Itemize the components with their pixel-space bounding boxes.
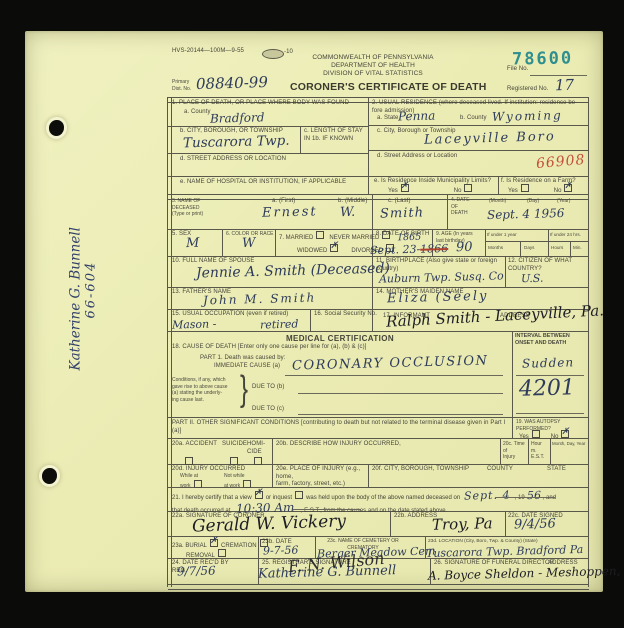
field-4-month-label: (Month) xyxy=(489,198,506,205)
field-1a-label: a. County xyxy=(184,109,211,117)
field-13-value: John M. Smith xyxy=(203,291,317,308)
not-while-at-work-checkbox xyxy=(243,480,251,488)
field-23a-row1: 23a. BURIAL ✗ CREMATION xyxy=(172,539,271,549)
field-1a-value: Bradford xyxy=(210,110,265,125)
field-23a-row2: REMOVAL xyxy=(186,549,229,559)
field-5-value: M xyxy=(186,236,200,251)
grid-line xyxy=(168,536,589,537)
field-12-label: 12. CITIZEN OF WHAT COUNTRY? xyxy=(508,258,572,273)
field-16-label: 16. Social Security No. xyxy=(314,311,377,319)
field-3c-label: c. (Last) xyxy=(388,198,411,206)
grid-line xyxy=(168,153,368,154)
grid-line xyxy=(512,331,513,438)
while-at-work-checkbox xyxy=(194,480,202,488)
year-prefix-text: , 19 xyxy=(515,495,525,501)
yes-label: Yes xyxy=(508,188,518,194)
field-15-value1: Mason - xyxy=(172,317,217,331)
field-20a-accident-label: 20a. ACCIDENT xyxy=(172,441,217,449)
rule-line xyxy=(298,414,503,415)
grid-line xyxy=(588,97,589,587)
birthdate-struck-year: 1866 xyxy=(420,242,448,256)
grid-line xyxy=(168,194,589,200)
certificate-title: CORONER'S CERTIFICATE OF DEATH xyxy=(290,81,487,94)
grid-line xyxy=(498,176,499,195)
part1-label: PART 1. Death was caused by: xyxy=(200,355,286,363)
field-23b-value: 9-7-56 xyxy=(263,544,299,558)
yes-checkbox xyxy=(532,430,540,438)
homicide-checkbox xyxy=(254,457,262,465)
inquest-checkbox xyxy=(295,491,303,499)
married-label: 7. MARRIED xyxy=(279,235,313,241)
field-12-value: U.S. xyxy=(521,272,544,286)
and-text: , and xyxy=(543,495,556,501)
yes-checkbox xyxy=(521,184,529,192)
field-6-value: W xyxy=(242,236,256,251)
due-to-b-label: DUE TO (b) xyxy=(252,384,284,392)
removal-label: REMOVAL xyxy=(186,553,215,559)
days-label: Days xyxy=(524,245,534,251)
grid-line xyxy=(570,241,571,256)
field-3a-value: Ernest xyxy=(262,204,318,220)
rule-line xyxy=(298,393,503,394)
not-while-at-work-text: Not while at work xyxy=(224,473,245,489)
married-checkbox xyxy=(316,231,324,239)
grid-line xyxy=(168,584,589,590)
file-number-stamp: 78600 xyxy=(512,48,574,69)
field-2b-label: b. County xyxy=(460,115,487,123)
no-checkbox: ✗ xyxy=(561,430,569,438)
field-4-value: Sept. 4 1956 xyxy=(487,206,565,222)
medical-certification-title: MEDICAL CERTIFICATION xyxy=(270,334,410,344)
field-22c-value: 9/4/56 xyxy=(514,516,556,532)
field-22b-label: 22b. ADDRESS xyxy=(394,513,437,521)
widowed-label: WIDOWED xyxy=(297,248,327,254)
field-2f-options: Yes No ✗ xyxy=(508,184,575,194)
months-label: Months xyxy=(488,245,503,251)
agency-heading: COMMONWEALTH OF PENNSYLVANIA DEPARTMENT … xyxy=(263,54,483,78)
min-label: Min. xyxy=(573,245,582,251)
grid-line xyxy=(168,417,589,418)
field-20a-suicide-label: SUICIDE xyxy=(222,441,247,449)
field-8-value: Sept. 23-1866 xyxy=(370,242,449,257)
rule-line xyxy=(516,413,584,414)
under-24-hrs-label: If under 24 hrs. xyxy=(550,232,581,238)
check-mark: ✗ xyxy=(330,242,338,251)
grid-line xyxy=(168,229,589,230)
field-3c-value: Smith xyxy=(380,205,424,221)
while-at-work-label: While at work xyxy=(180,473,205,489)
conditions-brace: } xyxy=(240,369,248,411)
view-checkbox: ✗ xyxy=(255,491,263,499)
grid-line xyxy=(368,150,588,151)
no-label: No xyxy=(551,434,559,440)
field-20b-label: 20b. DESCRIBE HOW INJURY OCCURRED, xyxy=(276,441,401,449)
conditions-note: Conditions, if any, which gave rise to a… xyxy=(172,377,228,403)
grid-line xyxy=(368,125,588,126)
field-9-value: 90 xyxy=(456,240,473,255)
no-label: No xyxy=(554,188,562,194)
no-label: No xyxy=(454,188,462,194)
field-2d-label: d. Street Address or Location xyxy=(377,153,457,161)
registered-no-label: Registered No. xyxy=(507,86,548,94)
accident-checkbox xyxy=(185,457,193,465)
rule-line xyxy=(285,375,503,376)
field-21-date-value: Sept. 4 xyxy=(464,488,511,502)
grid-line xyxy=(548,229,549,256)
grid-line xyxy=(520,241,521,256)
check-mark: ✗ xyxy=(561,428,569,437)
field-1-label: 1. PLACE OF DEATH, OR PLACE WHERE BODY W… xyxy=(172,100,349,108)
scanned-death-certificate: Katherine G. Bunnell 66-604 HVS-20144—10… xyxy=(0,0,624,628)
field-18-label: 18. CAUSE OF DEATH [Enter only one cause… xyxy=(172,344,367,352)
grid-line xyxy=(168,287,589,288)
grid-line xyxy=(528,438,529,464)
grid-line xyxy=(500,438,501,464)
field-3-label: 3. NAME OF DECEASED (Type or print) xyxy=(172,198,203,218)
check-mark: ✗ xyxy=(401,182,409,191)
grid-line xyxy=(272,438,273,464)
field-20f-label: 20f. CITY, BOROUGH, TOWNSHIP xyxy=(372,466,469,474)
field-21-year-value: 56 xyxy=(527,489,541,502)
grid-line xyxy=(368,176,588,177)
hours-label: Hours xyxy=(551,245,563,251)
field-15-value2: retired xyxy=(260,317,299,331)
grid-line xyxy=(300,126,301,153)
grid-line xyxy=(168,176,368,177)
grid-line xyxy=(550,438,551,464)
interval-label: INTERVAL BETWEEN ONSET AND DEATH xyxy=(515,333,570,347)
grid-line xyxy=(222,229,223,256)
grid-line xyxy=(368,98,369,195)
primary-dist-value: 08840-99 xyxy=(196,73,268,93)
field-1c-label: c. LENGTH OF STAY IN 1b. IF KNOWN xyxy=(304,128,363,143)
field-2e-options: Yes ✗ No xyxy=(388,184,475,194)
field-20e-label: 20e. PLACE OF INJURY (e.g., home, farm, … xyxy=(276,466,371,489)
yes-label: Yes xyxy=(388,188,398,194)
field-22b-value: Troy, Pa xyxy=(432,514,493,534)
field-3b-value: W. xyxy=(340,205,356,220)
field-8-correction: 1865 xyxy=(397,232,421,244)
rule-line xyxy=(293,509,361,510)
registered-no-value: 17 xyxy=(555,76,575,94)
under-1-year-label: If under 1 year xyxy=(487,232,517,238)
field-20a-homicide-label: HOMI- CIDE xyxy=(247,441,265,456)
field-2a-label: a. State xyxy=(377,115,398,123)
grid-line xyxy=(275,229,276,256)
field-4-year-label: (Year) xyxy=(557,198,570,205)
field-4-day-label: (Day) xyxy=(527,198,539,205)
burial-checkbox: ✗ xyxy=(210,539,218,547)
rule-line xyxy=(495,497,555,498)
suicide-checkbox xyxy=(230,457,238,465)
form-number: HVS-20144—100M—9-55 xyxy=(172,48,244,56)
check-mark: ✗ xyxy=(210,537,218,546)
field-24-value: 9/7/56 xyxy=(177,563,216,578)
margin-annotation: Katherine G. Bunnell 66-604 xyxy=(68,121,99,371)
check-mark: ✗ xyxy=(255,489,263,498)
interval-a-value: Sudden xyxy=(522,355,575,370)
grid-line xyxy=(485,229,486,256)
due-to-c-label: DUE TO (c) xyxy=(252,406,284,414)
no-checkbox: ✗ xyxy=(564,184,572,192)
field-20c-month-label: Month, Day, Year xyxy=(552,441,588,447)
field-1b-value: Tuscarora Twp. xyxy=(183,133,290,152)
grid-line xyxy=(505,511,506,536)
field-20f-state-label: STATE xyxy=(547,466,566,474)
primary-dist-label: Primary Dist. No. xyxy=(172,79,191,92)
grid-line xyxy=(447,195,448,229)
field-2a-value: Penna xyxy=(398,109,436,124)
field-4-label: 4. DATE OF DEATH xyxy=(451,197,470,217)
grid-line xyxy=(168,126,368,127)
field-20c-hour-label: Hour m. E.S.T. xyxy=(531,441,544,461)
grid-line xyxy=(168,331,589,332)
grid-line xyxy=(485,241,588,242)
field-20c-label: 20c. Time of Injury xyxy=(503,441,525,461)
removal-checkbox xyxy=(218,549,226,557)
margin-number: 66-604 xyxy=(84,121,99,371)
due-b-interval-value: 4201 xyxy=(519,375,576,401)
margin-registrar-name: Katherine G. Bunnell xyxy=(68,121,84,371)
field-1d-label: d. STREET ADDRESS OR LOCATION xyxy=(180,156,286,164)
no-checkbox xyxy=(464,184,472,192)
check-mark: ✗ xyxy=(564,182,572,191)
widowed-checkbox: ✗ xyxy=(330,244,338,252)
field-2b-value: Wyoming xyxy=(492,108,563,124)
field-14-value: Eliza (Seely xyxy=(387,289,489,307)
yes-checkbox: ✗ xyxy=(401,184,409,192)
field-1e-label: e. NAME OF HOSPITAL OR INSTITUTION, IF A… xyxy=(180,179,346,187)
field-19-options: Yes No ✗ xyxy=(519,430,572,440)
grid-line xyxy=(272,464,273,487)
field-20f-county-label: COUNTY xyxy=(487,466,513,474)
not-while-at-work-label: Not while at work xyxy=(224,473,254,489)
part2-label: PART II. OTHER SIGNIFICANT CONDITIONS [c… xyxy=(172,420,507,435)
grid-line xyxy=(167,97,172,587)
birthdate-text: Sept. 23- xyxy=(370,243,421,257)
grid-line xyxy=(310,309,311,331)
yes-label: Yes xyxy=(519,434,529,440)
